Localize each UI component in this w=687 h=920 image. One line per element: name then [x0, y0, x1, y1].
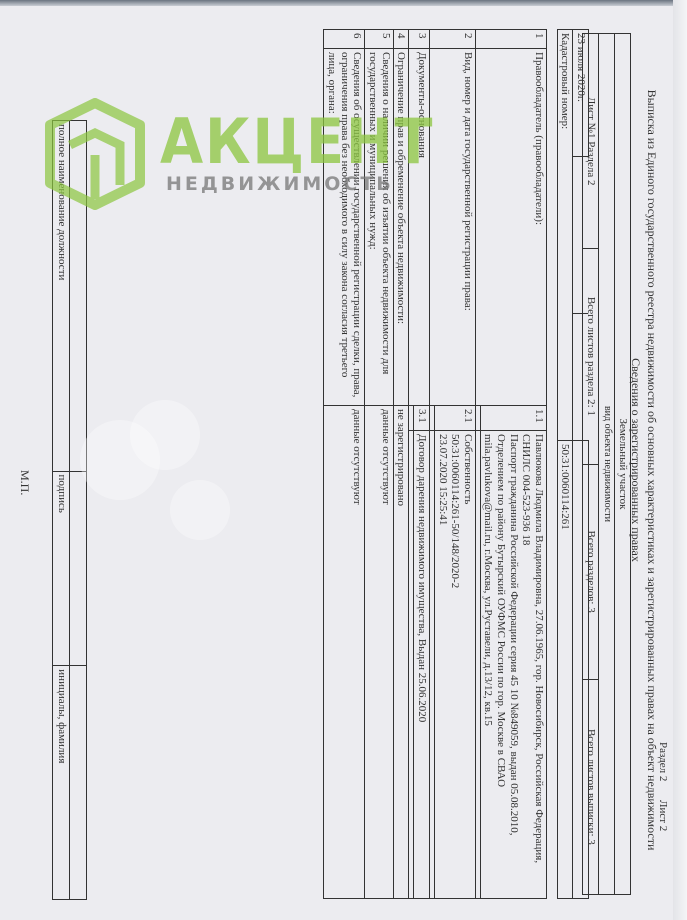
row-value: не зарегистрировано: [393, 406, 409, 899]
row-number: 6: [324, 30, 365, 49]
object-type-caption: вид объекта недвижимости: [599, 34, 615, 895]
cadastral-label: Кадастровый номер:: [557, 30, 573, 441]
row-subnumber: 2.1: [434, 406, 475, 431]
name-caption: инициалы, фамилия: [53, 666, 70, 900]
row-label: Ограничение прав и обременение объекта н…: [393, 49, 409, 406]
rights-row: 6Сведения об осуществлении государственн…: [324, 30, 365, 899]
position-caption: полное наименование должности: [53, 121, 70, 472]
object-type-table: Земельный участок вид объекта недвижимос…: [582, 33, 631, 895]
rights-row: 3Документы-основания3.1Договор дарения н…: [414, 30, 430, 899]
signature-table: полное наименование должности подпись ин…: [52, 120, 87, 900]
row-subnumber: 3.1: [414, 406, 430, 431]
row-label: Правообладатель (правообладатели):: [475, 49, 546, 406]
extract-date: 23 июля 2020г.: [573, 30, 589, 157]
row-number: 3: [409, 30, 430, 49]
row-value: Собственность 50:31:0060114:261-50/148/2…: [434, 431, 475, 899]
cadastral-number: 50:31:0060114:261: [557, 441, 573, 899]
row-number: 5: [365, 30, 393, 49]
rights-row: 5Сведения о наличии решения об изъятии о…: [365, 30, 393, 899]
rights-table: 1Правообладатель (правообладатели):1.1Па…: [323, 29, 547, 899]
stamp-place: М.П.: [17, 470, 32, 495]
row-number: 2: [429, 30, 475, 49]
row-number: 4: [393, 30, 409, 49]
row-number: 1: [475, 30, 546, 49]
row-subnumber: 1.1: [480, 406, 546, 431]
row-value: Павлюкова Людмила Владимировна, 27.06.19…: [480, 431, 546, 899]
row-value: данные отсутствуют: [324, 406, 365, 899]
date-cadastral-table: 23 июля 2020г. Кадастровый номер: 50:31:…: [557, 29, 589, 899]
signature-caption: подпись: [53, 471, 70, 666]
row-label: Вид, номер и дата государственной регист…: [429, 49, 475, 406]
extract-page: Раздел 2 Лист 2 Выписка из Единого госуд…: [0, 0, 687, 920]
rights-row: 1Правообладатель (правообладатели):1.1Па…: [480, 30, 546, 899]
row-value: данные отсутствуют: [365, 406, 393, 899]
row-value: Договор дарения недвижимого имущества, В…: [414, 431, 430, 899]
rights-row: 4Ограничение прав и обременение объекта …: [393, 30, 409, 899]
row-label: Сведения об осуществлении государственно…: [324, 49, 365, 406]
row-label: Документы-основания: [409, 49, 430, 406]
rights-row: 2Вид, номер и дата государственной регис…: [434, 30, 475, 899]
row-label: Сведения о наличии решения об изъятии об…: [365, 49, 393, 406]
document-title: Выписка из Единого государственного реес…: [644, 30, 659, 910]
object-type-value: Земельный участок: [615, 34, 631, 895]
